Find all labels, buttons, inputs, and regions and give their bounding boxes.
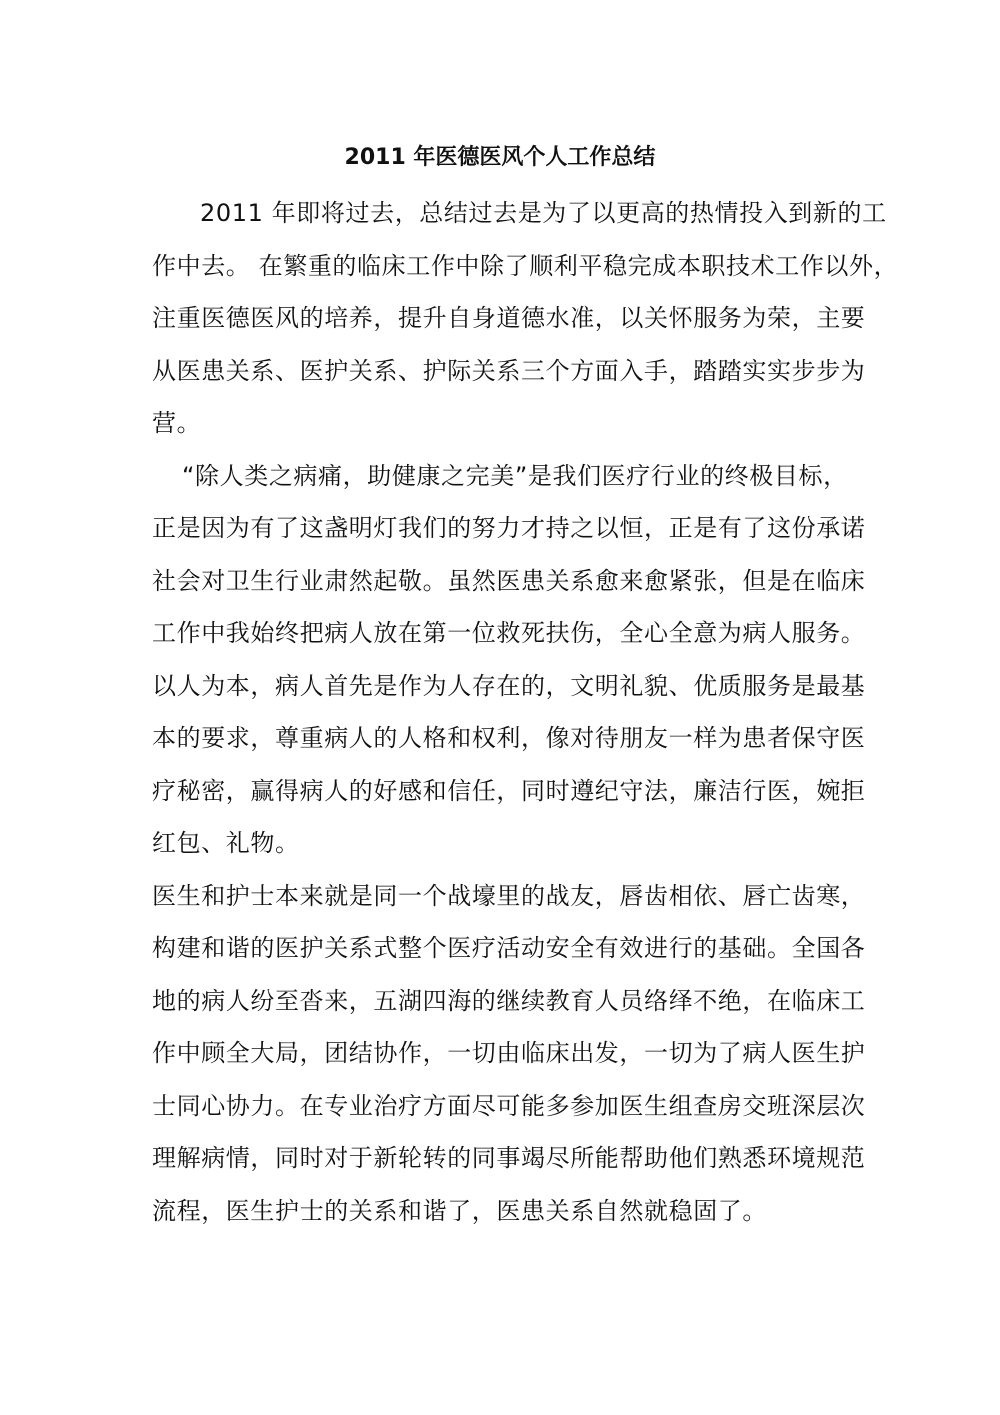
text-line: 2011 年即将过去，总结过去是为了以更高的热情投入到新的工 [152,193,872,246]
text-line: 营。 [152,403,872,456]
text-line: 士同心协力。在专业治疗方面尽可能多参加医生组查房交班深层次 [152,1086,872,1139]
text-line: “除人类之病痛，助健康之完美”是我们医疗行业的终极目标， [152,456,872,509]
text-line: 理解病情，同时对于新轮转的同事竭尽所能帮助他们熟悉环境规范 [152,1138,872,1191]
document-page: 2011 年医德医风个人工作总结 2011 年即将过去，总结过去是为了以更高的热… [0,0,1000,1415]
document-title: 2011 年医德医风个人工作总结 [0,143,1000,173]
text-line: 医生和护士本来就是同一个战壕里的战友，唇齿相依、唇亡齿寒， [152,876,872,929]
text-line: 以人为本，病人首先是作为人存在的，文明礼貌、优质服务是最基 [152,666,872,719]
paragraph-2: “除人类之病痛，助健康之完美”是我们医疗行业的终极目标， 正是因为有了这盏明灯我… [152,456,872,876]
document-body: 2011 年即将过去，总结过去是为了以更高的热情投入到新的工 作中去。 在繁重的… [152,193,872,1243]
text-line: 疗秘密，赢得病人的好感和信任，同时遵纪守法，廉洁行医，婉拒 [152,771,872,824]
text-line: 正是因为有了这盏明灯我们的努力才持之以恒，正是有了这份承诺 [152,508,872,561]
paragraph-3: 医生和护士本来就是同一个战壕里的战友，唇齿相依、唇亡齿寒， 构建和谐的医护关系式… [152,876,872,1244]
text-line: 从医患关系、医护关系、护际关系三个方面入手，踏踏实实步步为 [152,351,872,404]
paragraph-1: 2011 年即将过去，总结过去是为了以更高的热情投入到新的工 作中去。 在繁重的… [152,193,872,456]
text-line: 注重医德医风的培养，提升自身道德水准，以关怀服务为荣，主要 [152,298,872,351]
text-line: 社会对卫生行业肃然起敬。虽然医患关系愈来愈紧张，但是在临床 [152,561,872,614]
text-line: 作中顾全大局，团结协作，一切由临床出发，一切为了病人医生护 [152,1033,872,1086]
text-line: 红包、礼物。 [152,823,872,876]
text-line: 构建和谐的医护关系式整个医疗活动安全有效进行的基础。全国各 [152,928,872,981]
text-line: 作中去。 在繁重的临床工作中除了顺利平稳完成本职技术工作以外， [152,246,872,299]
text-line: 流程，医生护士的关系和谐了，医患关系自然就稳固了。 [152,1191,872,1244]
text-line: 工作中我始终把病人放在第一位救死扶伤，全心全意为病人服务。 [152,613,872,666]
text-line: 地的病人纷至沓来，五湖四海的继续教育人员络绎不绝，在临床工 [152,981,872,1034]
text-line: 本的要求，尊重病人的人格和权利，像对待朋友一样为患者保守医 [152,718,872,771]
